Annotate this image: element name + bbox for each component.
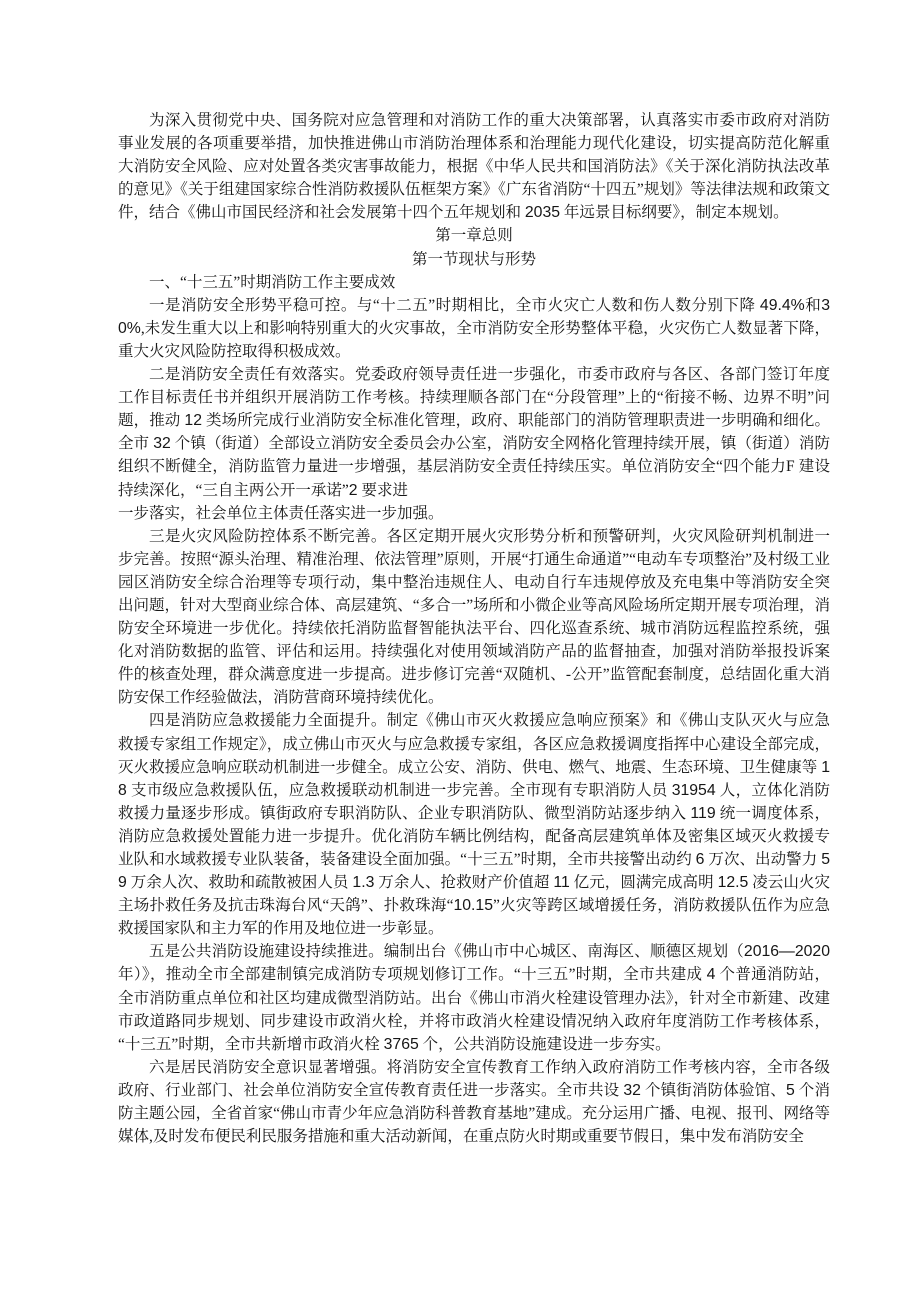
achievement-paragraph-5: 五是公共消防设施建设持续推进。编制出台《佛山市中心城区、南海区、顺德区规划（20… [118, 940, 830, 1055]
section-heading: 第一节现状与形势 [118, 248, 830, 271]
document-page: 为深入贯彻党中央、国务院对应急管理和对消防工作的重大决策部署，认真落实市委市政府… [0, 0, 920, 1301]
achievement-paragraph-4: 四是消防应急救援能力全面提升。制定《佛山市灭火救援应急响应预案》和《佛山支队灭火… [118, 709, 830, 940]
chapter-heading: 第一章总则 [118, 224, 830, 247]
intro-paragraph: 为深入贯彻党中央、国务院对应急管理和对消防工作的重大决策部署，认真落实市委市政府… [118, 109, 830, 224]
achievement-paragraph-1: 一是消防安全形势平稳可控。与“十二五”时期相比，全市火灾亡人数和伤人数分别下降 … [118, 294, 830, 363]
subsection-heading: 一、“十三五”时期消防工作主要成效 [118, 271, 830, 294]
achievement-paragraph-2: 二是消防安全责任有效落实。党委政府领导责任进一步强化，市委市政府与各区、各部门签… [118, 363, 830, 525]
achievement-paragraph-6: 六是居民消防安全意识显著增强。将消防安全宣传教育工作纳入政府消防工作考核内容，全… [118, 1056, 830, 1148]
achievement-paragraph-3: 三是火灾风险防控体系不断完善。各区定期开展火灾形势分析和预警研判，火灾风险研判机… [118, 525, 830, 710]
